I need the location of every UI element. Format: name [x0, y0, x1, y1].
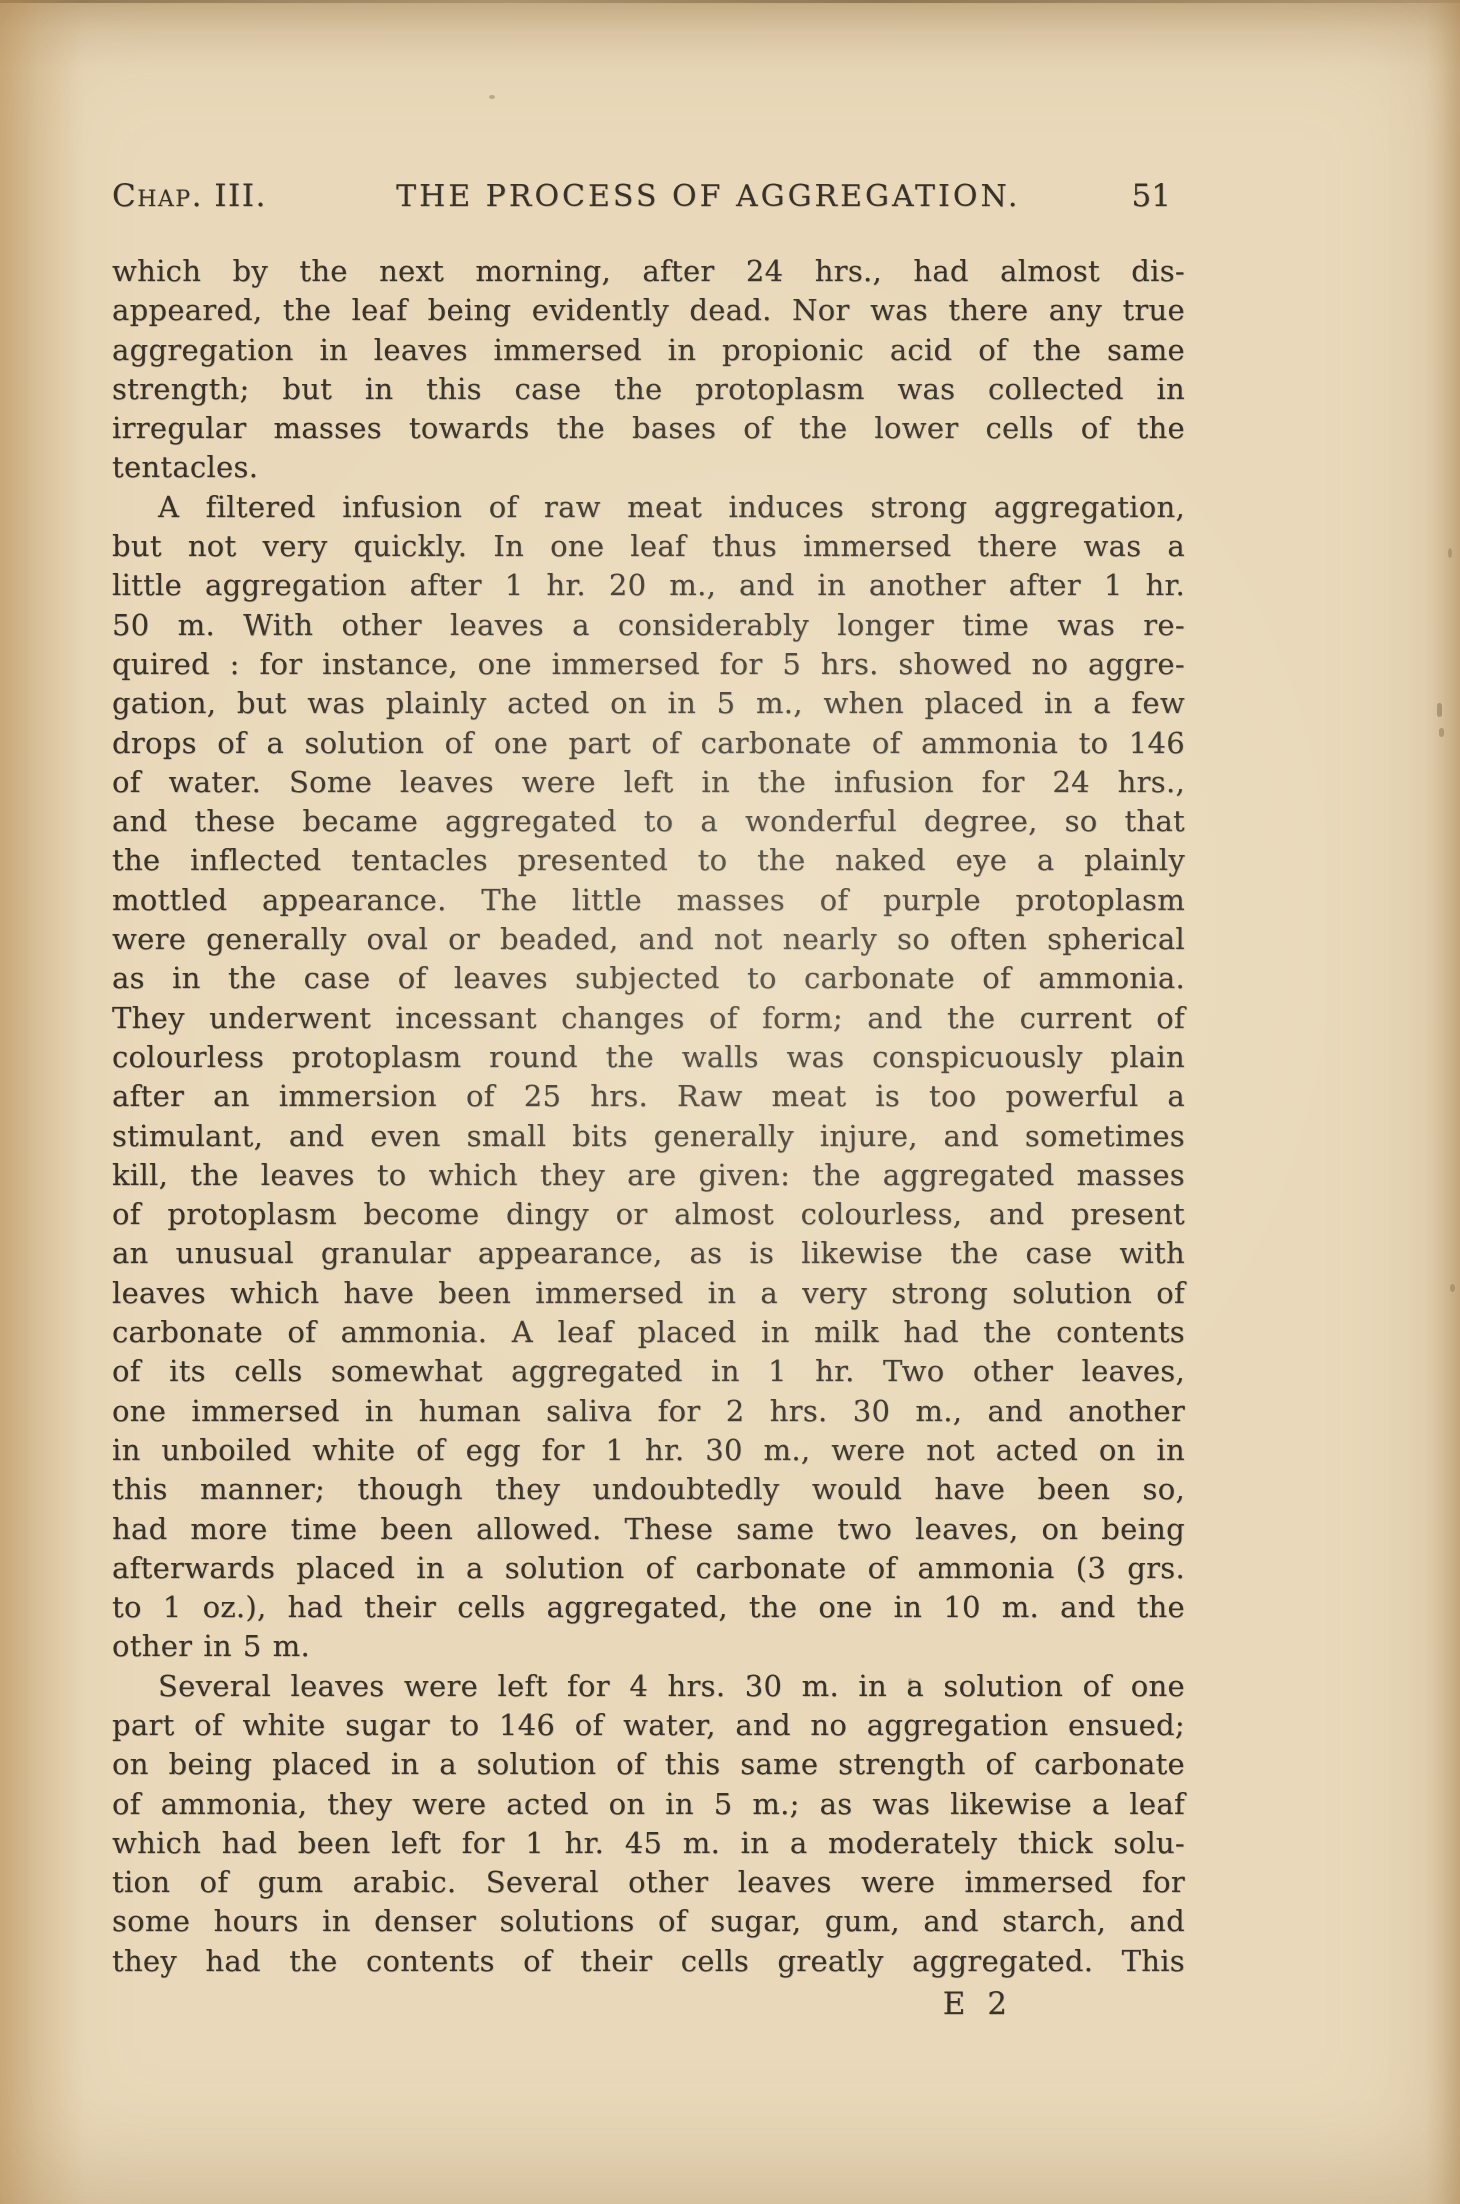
text-line: but not very quickly. In one leaf thus i… [112, 527, 1185, 566]
text-line: which had been left for 1 hr. 45 m. in a… [112, 1824, 1185, 1863]
page-right-edge-shading [1426, 0, 1460, 2204]
text-line: other in 5 m. [112, 1627, 1185, 1666]
text-line: gation, but was plainly acted on in 5 m.… [112, 684, 1185, 723]
page-gutter-shading [0, 0, 85, 2204]
text-line: this manner; though they undoubtedly wou… [112, 1470, 1185, 1509]
text-line: mottled appearance. The little masses of… [112, 881, 1185, 920]
text-line: They underwent incessant changes of form… [112, 999, 1185, 1038]
chapter-label: Chap. III. [112, 178, 267, 214]
text-line: quired : for instance, one immersed for … [112, 645, 1185, 684]
text-line: of its cells somewhat aggregated in 1 hr… [112, 1352, 1185, 1391]
text-line: Several leaves were left for 4 hrs. 30 m… [112, 1667, 1185, 1706]
page-header: Chap. III. THE PROCESS OF AGGREGATION. 5… [112, 178, 1185, 214]
text-line: of water. Some leaves were left in the i… [112, 763, 1185, 802]
text-line: afterwards placed in a solution of carbo… [112, 1549, 1185, 1588]
stain-speck [489, 95, 495, 99]
text-line: A filtered infusion of raw meat induces … [112, 488, 1185, 527]
text-line: strength; but in this case the protoplas… [112, 370, 1185, 409]
text-line: leaves which have been immersed in a ver… [112, 1274, 1185, 1313]
book-page: Chap. III. THE PROCESS OF AGGREGATION. 5… [0, 0, 1460, 2204]
text-line: tentacles. [112, 448, 1185, 487]
text-line: the inflected tentacles presented to the… [112, 841, 1185, 880]
text-line: some hours in denser solutions of sugar,… [112, 1902, 1185, 1941]
text-line: appeared, the leaf being evidently dead.… [112, 291, 1185, 330]
text-line: they had the contents of their cells gre… [112, 1942, 1185, 1981]
text-line: irregular masses towards the bases of th… [112, 409, 1185, 448]
text-line: kill, the leaves to which they are given… [112, 1156, 1185, 1195]
running-title: THE PROCESS OF AGGREGATION. [267, 179, 1132, 214]
text-line: 50 m. With other leaves a considerably l… [112, 606, 1185, 645]
text-line: drops of a solution of one part of carbo… [112, 724, 1185, 763]
stain-speck [1448, 548, 1452, 558]
text-line: were generally oval or beaded, and not n… [112, 920, 1185, 959]
text-line: to 1 oz.), had their cells aggregated, t… [112, 1588, 1185, 1627]
text-line: as in the case of leaves subjected to ca… [112, 959, 1185, 998]
text-line: had more time been allowed. These same t… [112, 1510, 1185, 1549]
scan-top-edge [0, 0, 1460, 3]
text-line: and these became aggregated to a wonderf… [112, 802, 1185, 841]
text-line: colourless protoplasm round the walls wa… [112, 1038, 1185, 1077]
text-line: on being placed in a solution of this sa… [112, 1745, 1185, 1784]
text-line: aggregation in leaves immersed in propio… [112, 331, 1185, 370]
text-line: stimulant, and even small bits generally… [112, 1117, 1185, 1156]
stain-speck [1439, 728, 1444, 737]
page-number: 51 [1132, 178, 1185, 214]
text-line: carbonate of ammonia. A leaf placed in m… [112, 1313, 1185, 1352]
body-text: which by the next morning, after 24 hrs.… [112, 252, 1185, 1981]
text-line: of ammonia, they were acted on in 5 m.; … [112, 1785, 1185, 1824]
text-line: in unboiled white of egg for 1 hr. 30 m.… [112, 1431, 1185, 1470]
text-line: part of white sugar to 146 of water, and… [112, 1706, 1185, 1745]
text-line: tion of gum arabic. Several other leaves… [112, 1863, 1185, 1902]
text-line: an unusual granular appearance, as is li… [112, 1234, 1185, 1273]
text-line: one immersed in human saliva for 2 hrs. … [112, 1392, 1185, 1431]
signature-mark: E 2 [112, 1986, 1185, 2022]
text-line: after an immersion of 25 hrs. Raw meat i… [112, 1077, 1185, 1116]
text-line: of protoplasm become dingy or almost col… [112, 1195, 1185, 1234]
page-top-shading [0, 0, 1460, 70]
stain-speck [1450, 1284, 1455, 1292]
text-line: little aggregation after 1 hr. 20 m., an… [112, 566, 1185, 605]
stain-speck [1437, 703, 1442, 717]
text-line: which by the next morning, after 24 hrs.… [112, 252, 1185, 291]
